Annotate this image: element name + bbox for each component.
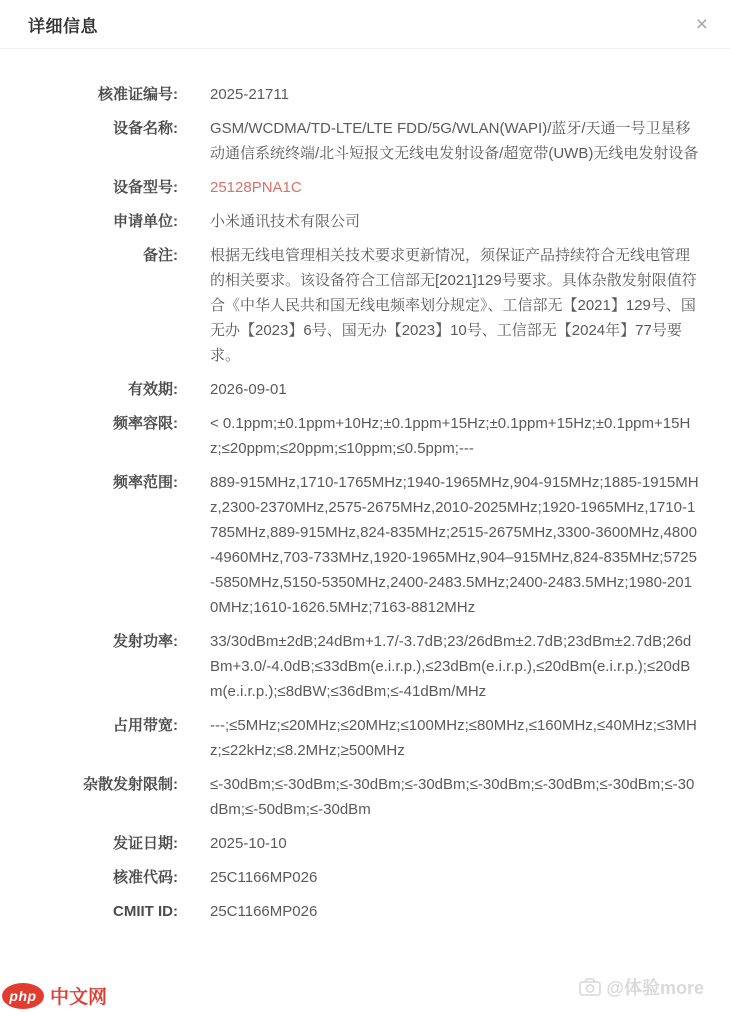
field-label: 频率容限:: [0, 411, 178, 436]
field-label: 核准代码:: [0, 865, 178, 890]
close-icon[interactable]: ×: [696, 14, 708, 35]
field-label: 设备型号:: [0, 175, 178, 200]
field-row: 设备名称: GSM/WCDMA/TD-LTE/LTE FDD/5G/WLAN(W…: [0, 116, 730, 166]
field-row: 申请单位: 小米通讯技术有限公司: [0, 209, 730, 234]
field-row: 频率容限: < 0.1ppm;±0.1ppm+10Hz;±0.1ppm+15Hz…: [0, 411, 730, 461]
field-value: 2025-21711: [210, 82, 700, 107]
field-label: 设备名称:: [0, 116, 178, 141]
photo-credit-watermark: @体验more: [579, 974, 704, 1000]
field-value: 25C1166MP026: [210, 865, 700, 890]
field-value: 2026-09-01: [210, 377, 700, 402]
field-row: 核准代码: 25C1166MP026: [0, 865, 730, 890]
field-row: 有效期: 2026-09-01: [0, 377, 730, 402]
photo-credit-text: @体验more: [606, 974, 704, 1000]
field-row: 发射功率: 33/30dBm±2dB;24dBm+1.7/-3.7dB;23/2…: [0, 629, 730, 704]
field-label: 发证日期:: [0, 831, 178, 856]
field-row: 备注: 根据无线电管理相关技术要求更新情况，须保证产品持续符合无线电管理的相关要…: [0, 243, 730, 368]
camera-icon: [579, 978, 601, 996]
field-value: 小米通讯技术有限公司: [210, 209, 700, 234]
phpcn-site-name: 中文网: [50, 982, 107, 1009]
field-row: 杂散发射限制: ≤-30dBm;≤-30dBm;≤-30dBm;≤-30dBm;…: [0, 772, 730, 822]
phpcn-logo: php 中文网: [2, 982, 107, 1009]
field-label: 有效期:: [0, 377, 178, 402]
field-row: 发证日期: 2025-10-10: [0, 831, 730, 856]
detail-info-panel: 详细信息 × 核准证编号: 2025-21711 设备名称: GSM/WCDMA…: [0, 0, 730, 1012]
field-value: 2025-10-10: [210, 831, 700, 856]
field-label: 备注:: [0, 243, 178, 268]
field-label: 杂散发射限制:: [0, 772, 178, 797]
field-label: 频率范围:: [0, 470, 178, 495]
field-label: CMIIT ID:: [0, 899, 178, 924]
phpcn-badge-icon: php: [2, 983, 44, 1009]
field-value: 25C1166MP026: [210, 899, 700, 924]
field-value: 889-915MHz,1710-1765MHz;1940-1965MHz,904…: [210, 470, 700, 620]
field-value: 33/30dBm±2dB;24dBm+1.7/-3.7dB;23/26dBm±2…: [210, 629, 700, 704]
field-row: 设备型号: 25128PNA1C: [0, 175, 730, 200]
field-value: 根据无线电管理相关技术要求更新情况，须保证产品持续符合无线电管理的相关要求。该设…: [210, 243, 700, 368]
field-row: 核准证编号: 2025-21711: [0, 82, 730, 107]
field-label: 占用带宽:: [0, 713, 178, 738]
field-row: 占用带宽: ---;≤5MHz;≤20MHz;≤20MHz;≤100MHz;≤8…: [0, 713, 730, 763]
field-row: 频率范围: 889-915MHz,1710-1765MHz;1940-1965M…: [0, 470, 730, 620]
field-value: GSM/WCDMA/TD-LTE/LTE FDD/5G/WLAN(WAPI)/蓝…: [210, 116, 700, 166]
field-label: 申请单位:: [0, 209, 178, 234]
field-value: < 0.1ppm;±0.1ppm+10Hz;±0.1ppm+15Hz;±0.1p…: [210, 411, 700, 461]
field-value: ---;≤5MHz;≤20MHz;≤20MHz;≤100MHz;≤80MHz,≤…: [210, 713, 700, 763]
panel-header: 详细信息 ×: [0, 0, 730, 49]
field-value: ≤-30dBm;≤-30dBm;≤-30dBm;≤-30dBm;≤-30dBm;…: [210, 772, 700, 822]
page-title: 详细信息: [28, 12, 98, 37]
field-list: 核准证编号: 2025-21711 设备名称: GSM/WCDMA/TD-LTE…: [0, 49, 730, 924]
field-value: 25128PNA1C: [210, 175, 700, 200]
field-label: 发射功率:: [0, 629, 178, 654]
field-label: 核准证编号:: [0, 82, 178, 107]
field-row: CMIIT ID: 25C1166MP026: [0, 899, 730, 924]
